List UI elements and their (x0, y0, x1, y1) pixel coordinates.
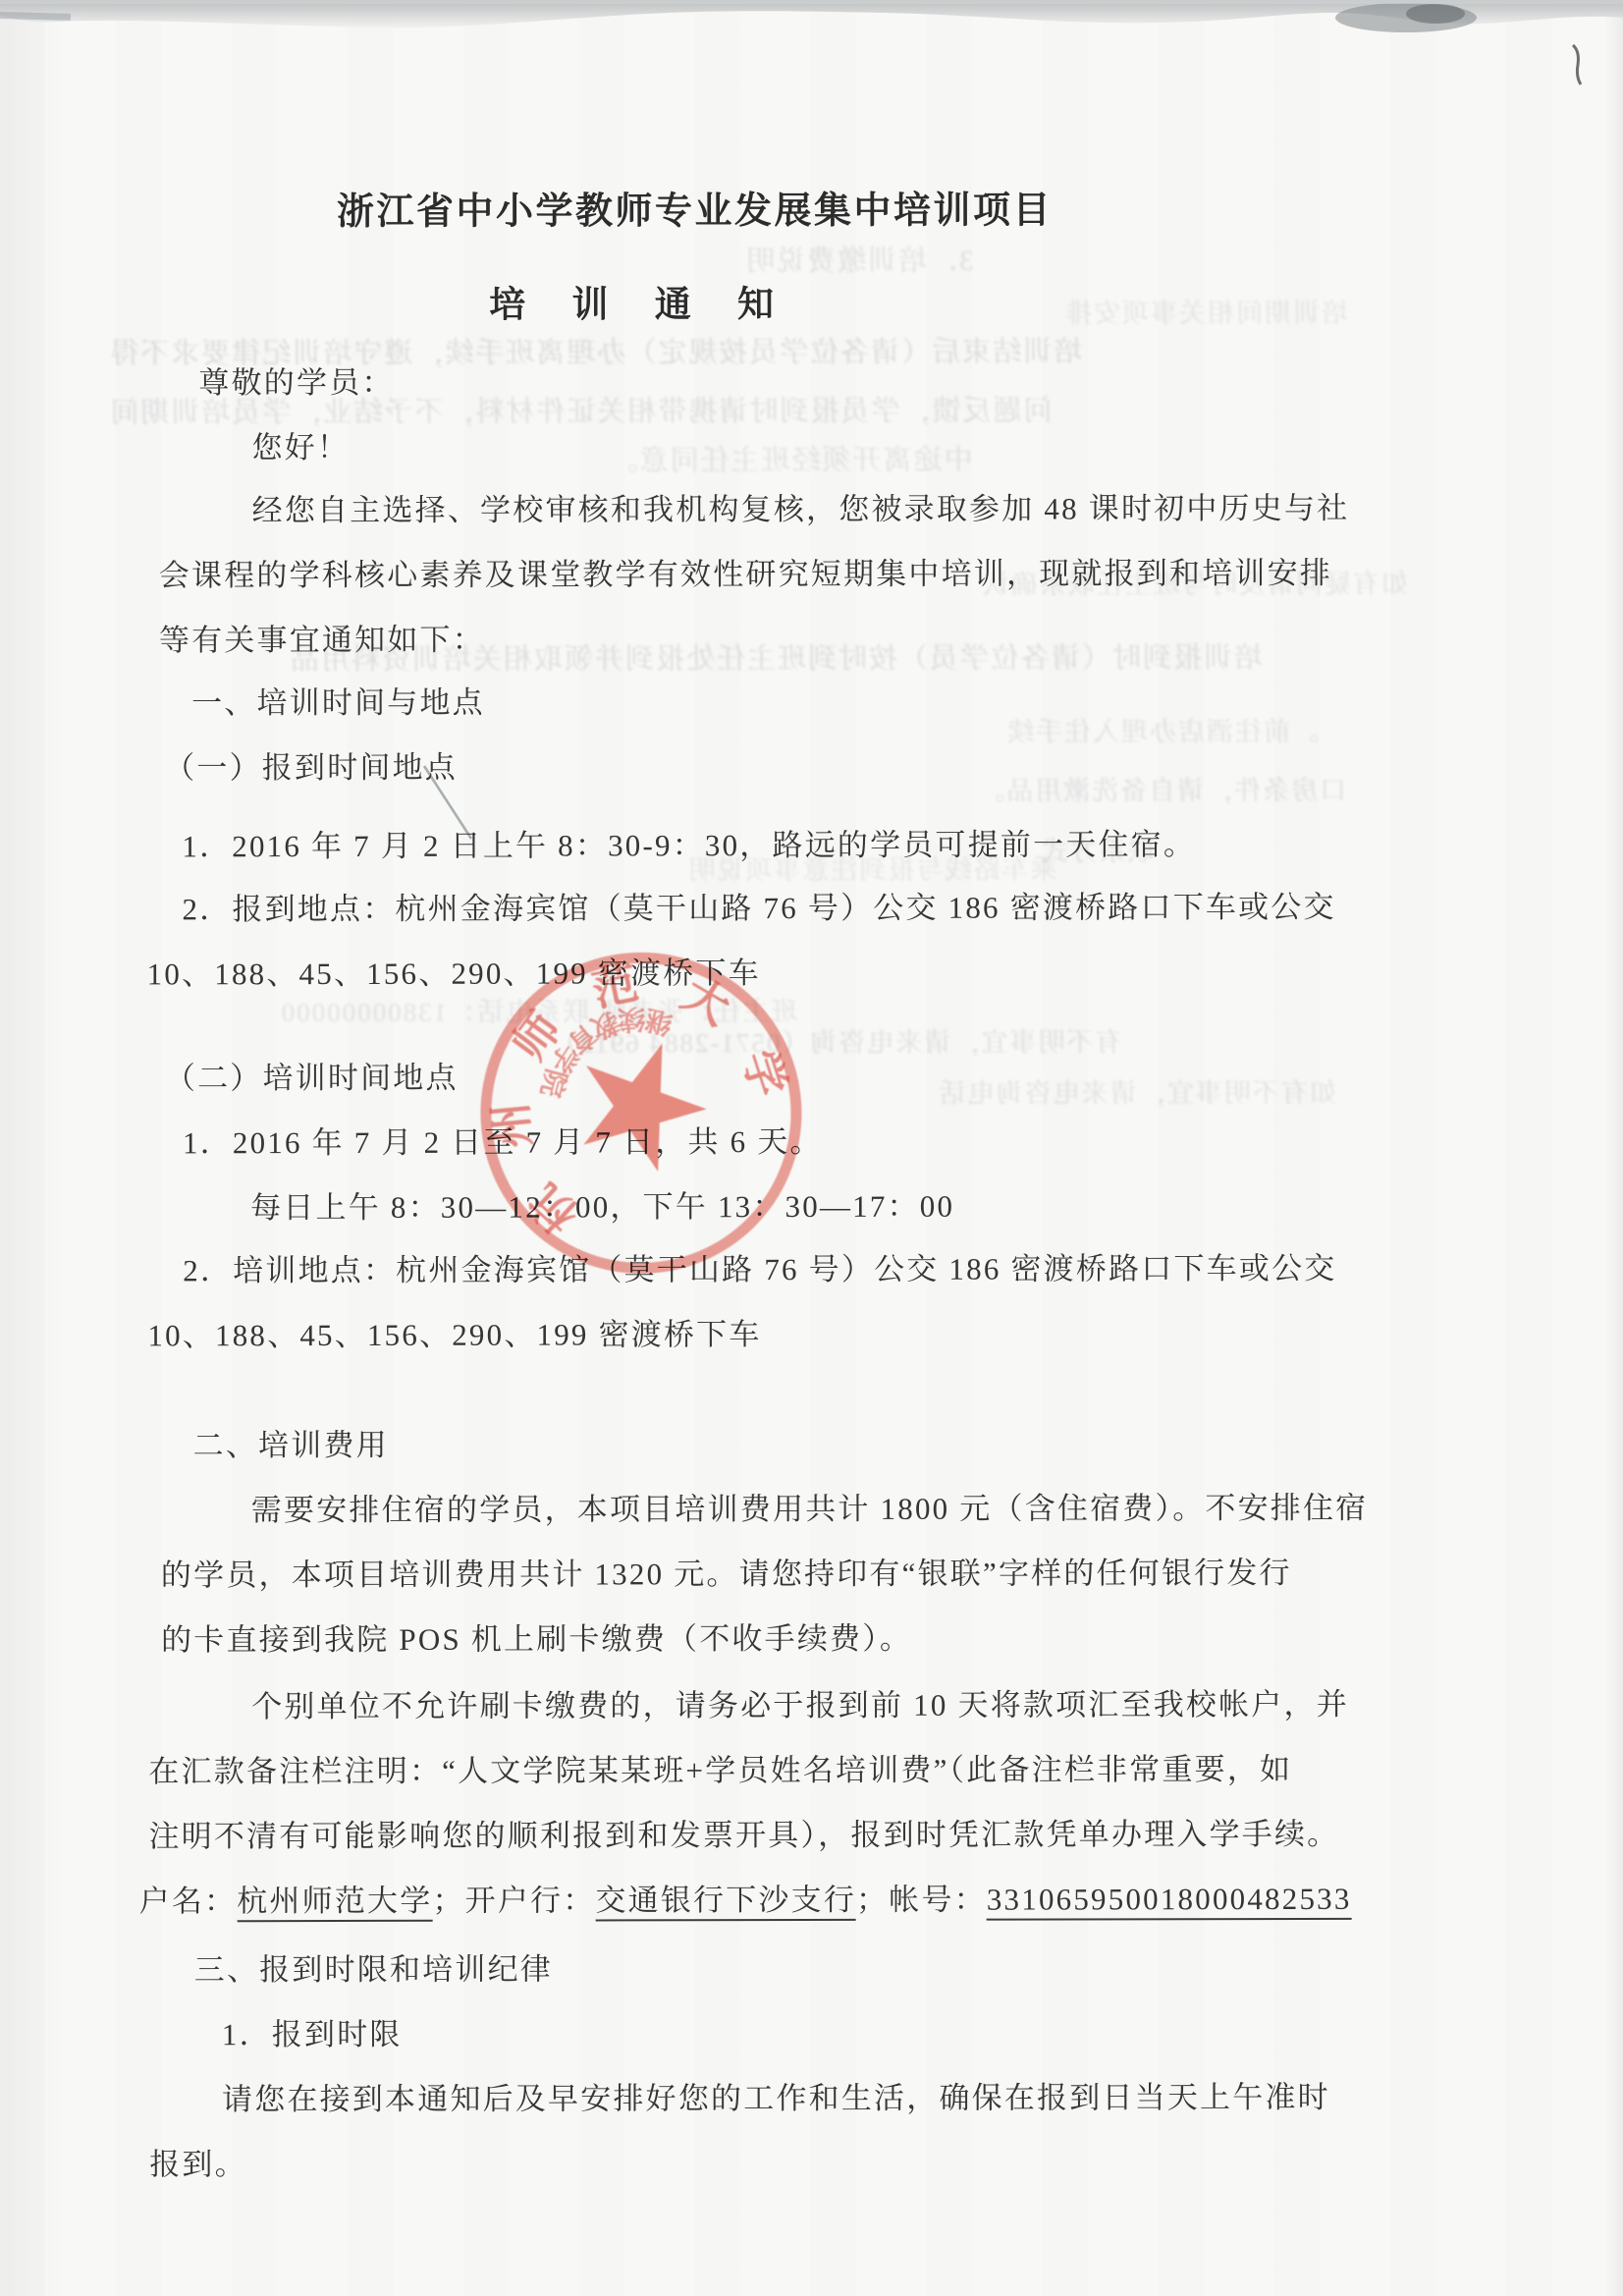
section2-line1: 需要安排住宿的学员，本项目培训费用共计 1800 元（含住宿费）。不安排住宿 (251, 1490, 1369, 1530)
document-page: 3．培训缴费说明 培训期间相关事项安排 培训结束后（请各位学员按规定）办理离班手… (0, 0, 1623, 2296)
section2-line3: 的卡直接到我院 POS 机上刷卡缴费（不收手续费）。 (161, 1620, 912, 1660)
document-title: 浙江省中小学教师专业发展集中培训项目 (337, 188, 1053, 236)
account-holder-label: 户名： (139, 1884, 238, 1918)
section1-item1: 1．2016 年 7 月 2 日上午 8：30-9：30，路远的学员可提前一天住… (182, 826, 1196, 866)
section2-line4: 个别单位不允许刷卡缴费的，请务必于报到前 10 天将款项汇至我校帐户，并 (251, 1686, 1349, 1726)
bleedthrough-line: 。前往酒店办理入住手续 (1005, 710, 1319, 749)
bleedthrough-line: 培训期间相关事项安排 (1063, 292, 1348, 331)
bank-branch-label: ；开户行： (432, 1883, 595, 1917)
section2-line2: 的学员，本项目培训费用共计 1320 元。请您持印有“银联”字样的任何银行发行 (161, 1555, 1292, 1595)
bleedthrough-line: 3．培训缴费说明 (744, 239, 974, 279)
intro-line-1: 经您自主选择、学校审核和我机构复核，您被录取参加 48 课时初中历史与社 (252, 490, 1350, 530)
section2-heading: 二、培训费用 (193, 1427, 389, 1465)
salutation: 尊敬的学员： (198, 364, 394, 403)
account-number-value: 331065950018000482533 (987, 1882, 1352, 1921)
bleedthrough-line: 如有不明事宜，请来电咨询电话 (938, 1071, 1336, 1111)
section2-line5: 在汇款备注栏注明：“人文学院某某班+学员姓名培训费”（此备注栏非常重要，如 (148, 1751, 1292, 1791)
section3-sub1: 1．报到时限 (222, 2016, 403, 2054)
document-subtitle: 培 训 通 知 (489, 283, 780, 329)
seal-star-icon (563, 1037, 720, 1189)
bleedthrough-line: 中途离开须经班主任同意。 (607, 438, 972, 479)
section3-heading: 三、报到时限和培训纪律 (194, 1951, 553, 1991)
bank-account-line: 户名：杭州师范大学；开户行：交通银行下沙支行；帐号：33106595001800… (139, 1881, 1352, 1921)
section1-item2a: 2．报到地点：杭州金海宾馆（莫干山路 76 号）公交 186 密渡桥路口下车或公… (182, 889, 1335, 929)
section2-line6: 注明不清有可能影响您的顺利报到和发票开具），报到时凭汇款凭单办理入学手续。 (148, 1816, 1339, 1856)
section1-heading: 一、培训时间与地点 (191, 684, 485, 723)
section1-sub2: （二）培训时间地点 (165, 1060, 459, 1098)
section1-item4a: 2．培训地点：杭州金海宾馆（莫干山路 76 号）公交 186 密渡桥路口下车或公… (183, 1250, 1336, 1290)
intro-line-2: 会课程的学科核心素养及课堂教学有效性研究短期集中培训，现就报到和培训安排 (159, 555, 1332, 595)
document-content: 3．培训缴费说明 培训期间相关事项安排 培训结束后（请各位学员按规定）办理离班手… (0, 0, 1623, 2296)
account-number-label: ；帐号： (856, 1883, 987, 1917)
account-holder-value: 杭州师范大学 (237, 1884, 432, 1922)
section1-item4b: 10、188、45、156、290、199 密渡桥下车 (147, 1316, 761, 1355)
section3-line2: 报到。 (149, 2146, 247, 2184)
intro-line-3: 等有关事宜通知如下： (159, 622, 485, 660)
bank-branch-value: 交通银行下沙支行 (595, 1883, 856, 1922)
bleedthrough-line: 口房条件，请自备洗漱用品。 (976, 769, 1346, 808)
section1-sub1: （一）报到时间地点 (164, 749, 458, 788)
section3-line1: 请您在接到本通知后及早安排好您的工作和生活，确保在报到日当天上午准时 (222, 2079, 1330, 2119)
greeting: 您好！ (251, 429, 350, 467)
